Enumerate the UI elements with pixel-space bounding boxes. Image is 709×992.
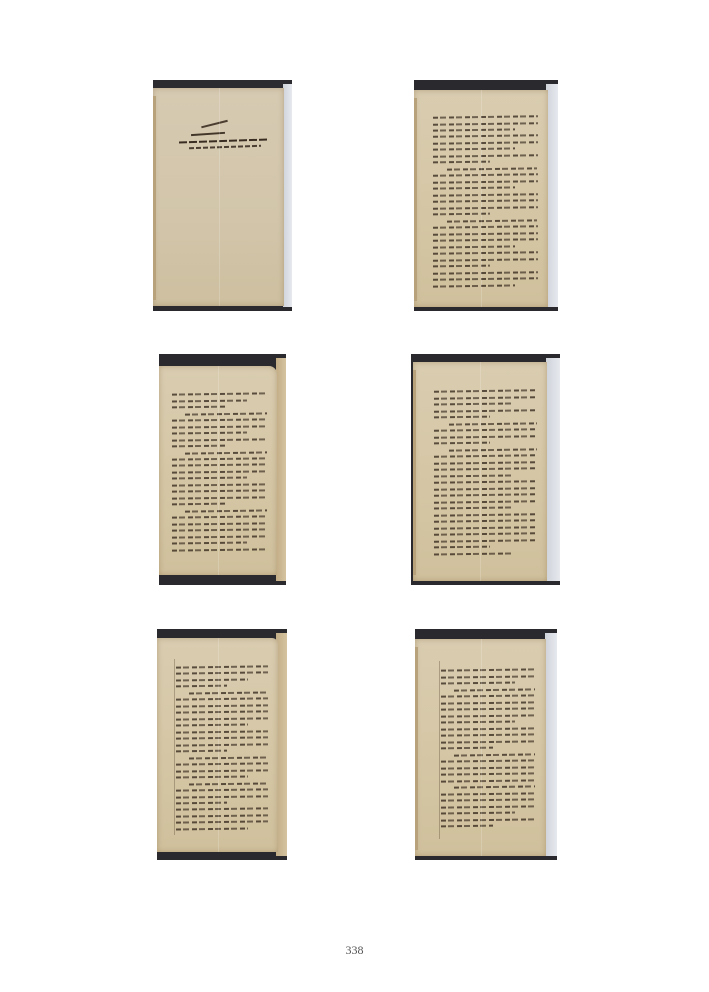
page-number: 338 xyxy=(0,943,709,958)
adjacent-leaf xyxy=(276,358,286,581)
manuscript-page xyxy=(157,638,278,852)
manuscript-page xyxy=(153,88,284,306)
manuscript-photo-4 xyxy=(411,354,560,585)
manuscript-photo-5 xyxy=(157,629,287,860)
handwritten-text xyxy=(172,393,268,555)
photo-backdrop xyxy=(153,80,292,88)
page-edge xyxy=(413,370,416,575)
adjacent-leaf xyxy=(283,84,292,307)
manuscript-photo-3 xyxy=(159,354,286,585)
margin-line xyxy=(174,659,175,835)
page-edge xyxy=(414,98,417,301)
page-edge xyxy=(153,96,156,300)
manuscript-page xyxy=(159,366,277,575)
page-edge xyxy=(415,647,418,850)
handwritten-text xyxy=(441,669,535,831)
manuscript-photo-2 xyxy=(414,80,558,311)
manuscript-photo-1 xyxy=(153,80,292,311)
manuscript-page xyxy=(413,362,547,581)
manuscript-page xyxy=(414,90,548,307)
handwritten-text xyxy=(433,116,538,291)
manuscript-photo-6 xyxy=(415,629,557,860)
margin-line xyxy=(439,661,440,839)
adjacent-leaf xyxy=(546,358,560,581)
adjacent-leaf xyxy=(545,633,557,856)
handwritten-text xyxy=(434,390,536,559)
handwritten-text xyxy=(176,666,268,835)
title-inscription xyxy=(179,123,276,148)
manuscript-page xyxy=(415,639,546,856)
